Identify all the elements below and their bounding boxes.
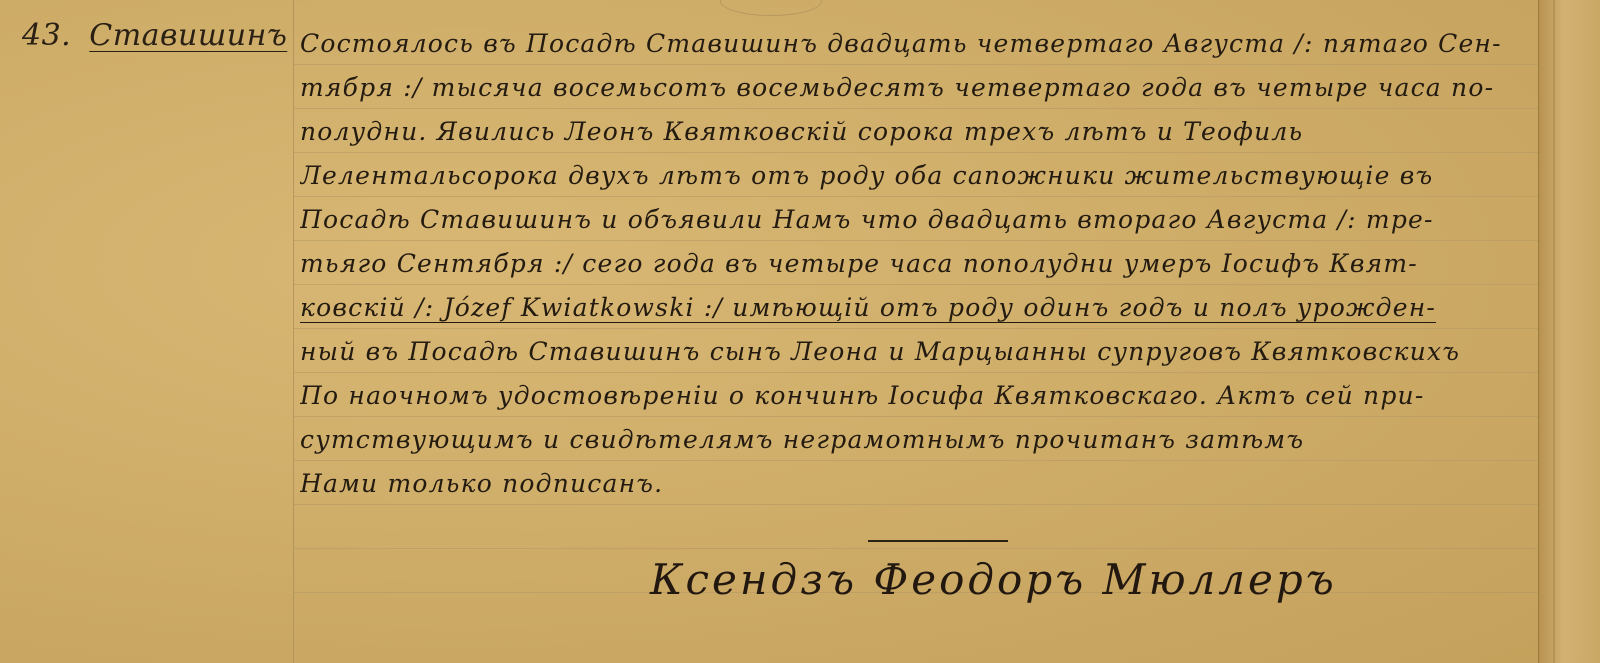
closing-dash: [868, 540, 1008, 542]
entry-number: 43.: [22, 18, 71, 53]
entry-place: Ставишинъ: [89, 18, 287, 53]
entry-heading: 43. Ставишинъ: [22, 18, 287, 53]
document-page: 43. Ставишинъ Состоялось въ Посадѣ Стави…: [0, 0, 1538, 663]
record-line-5: Посадѣ Ставишинъ и объявили Намъ что два…: [300, 198, 1535, 242]
record-body: Состоялось въ Посадѣ Ставишинъ двадцать …: [300, 22, 1535, 506]
page-fold: [1553, 0, 1555, 663]
record-line-10: сутствующимъ и свидѣтелямъ неграмотнымъ …: [300, 418, 1535, 462]
partial-stamp: [720, 0, 822, 16]
record-line-6: тьяго Сентября :/ сего года въ четыре ча…: [300, 242, 1535, 286]
record-line-8: ный въ Посадѣ Ставишинъ сынъ Леона и Мар…: [300, 330, 1535, 374]
record-line-1: Состоялось въ Посадѣ Ставишинъ двадцать …: [300, 22, 1535, 66]
record-line-3: полудни. Явились Леонъ Квятковскій сорок…: [300, 110, 1535, 154]
record-line-7: ковскій /: Józef Kwiatkowski :/ имѣющій …: [300, 286, 1535, 330]
adjacent-page-edge: [1538, 0, 1600, 663]
record-line-9: По наочномъ удостовѣреніи о кончинѣ Іоси…: [300, 374, 1535, 418]
ruled-line: [293, 548, 1538, 549]
record-line-4: Лелентальсорока двухъ лѣтъ отъ роду оба …: [300, 154, 1535, 198]
record-line-11: Нами только подписанъ.: [300, 462, 1535, 506]
record-line-2: тября :/ тысяча восемьсотъ восемьдесятъ …: [300, 66, 1535, 110]
margin-line: [293, 0, 294, 663]
priest-signature: Ксендзъ Феодоръ Мюллеръ: [650, 555, 1337, 604]
